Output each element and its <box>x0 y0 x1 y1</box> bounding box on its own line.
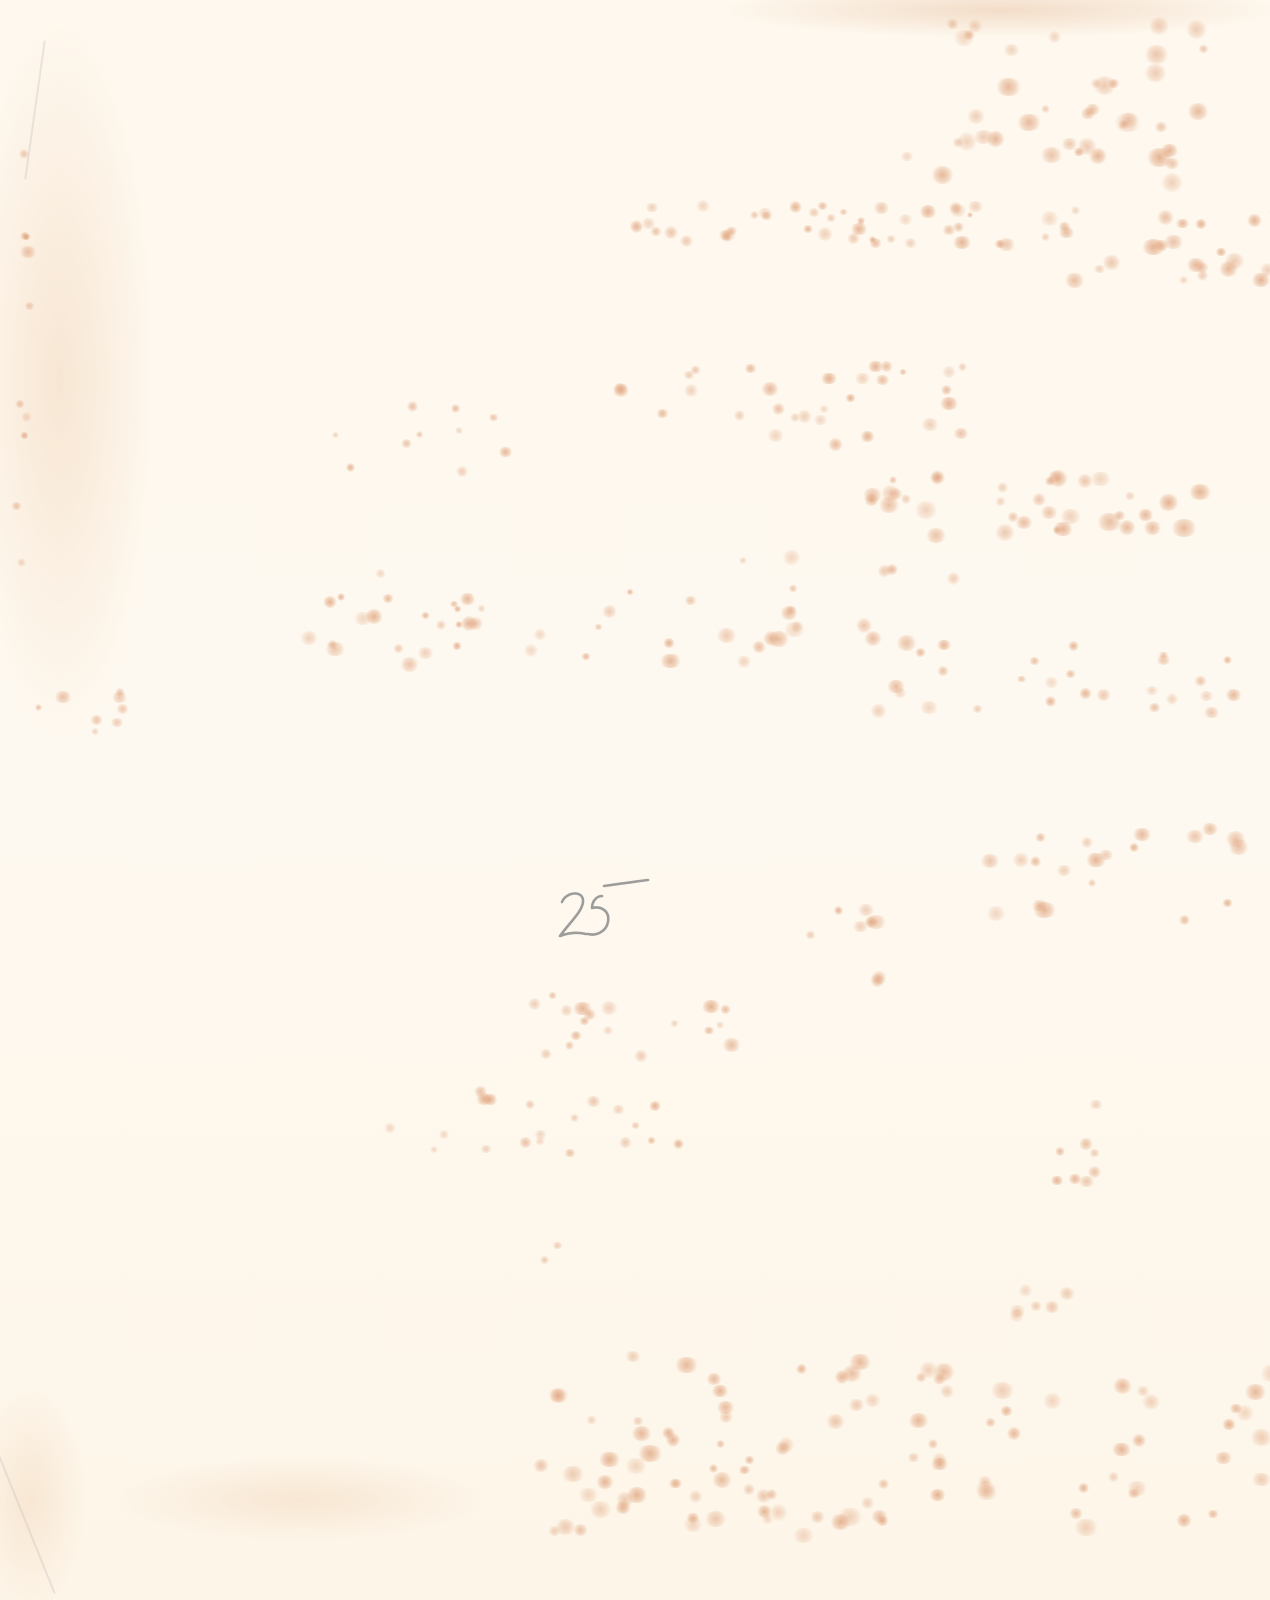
foxing-spot <box>946 19 958 29</box>
foxing-spot <box>947 572 960 585</box>
foxing-spot <box>625 1351 642 1362</box>
foxing-spot <box>1056 865 1072 876</box>
foxing-spot <box>586 1096 601 1107</box>
foxing-spot <box>1089 1149 1100 1158</box>
foxing-spot <box>634 1050 648 1063</box>
foxing-spot <box>839 209 848 215</box>
foxing-spot <box>1228 839 1248 855</box>
foxing-spot <box>921 418 938 431</box>
foxing-spot <box>674 1357 698 1373</box>
foxing-spot <box>1179 276 1188 284</box>
foxing-spot <box>1007 512 1018 522</box>
foxing-spot <box>813 415 827 425</box>
foxing-spot <box>1030 1301 1041 1311</box>
foxing-spot <box>718 230 733 240</box>
foxing-spot <box>842 1365 862 1381</box>
foxing-spot <box>686 1513 700 1523</box>
foxing-spot <box>24 302 35 310</box>
foxing-spot <box>709 1464 719 1473</box>
foxing-spot <box>1207 1510 1219 1518</box>
foxing-spot <box>482 1094 498 1105</box>
foxing-spot <box>552 1242 562 1249</box>
foxing-spot <box>888 488 903 500</box>
foxing-spot <box>480 1145 492 1153</box>
foxing-spot <box>704 1511 727 1527</box>
foxing-spot <box>384 1123 396 1134</box>
foxing-spot <box>1251 1473 1270 1486</box>
foxing-spot <box>111 692 128 703</box>
foxing-spot <box>1041 105 1050 113</box>
foxing-spot <box>323 596 337 608</box>
foxing-spot <box>873 202 889 214</box>
foxing-spot <box>1041 233 1049 241</box>
foxing-spot <box>1096 513 1123 530</box>
foxing-spot <box>904 238 917 248</box>
foxing-spot <box>967 109 985 124</box>
foxing-spot <box>1160 144 1179 157</box>
foxing-spot <box>1108 1472 1119 1482</box>
foxing-spot <box>560 1005 573 1017</box>
foxing-spot <box>1145 686 1159 695</box>
foxing-spot <box>1073 1519 1099 1537</box>
foxing-spot <box>1176 1514 1192 1527</box>
foxing-spot <box>826 214 836 222</box>
foxing-spot <box>716 1401 735 1414</box>
foxing-spot <box>1053 526 1061 534</box>
foxing-spot <box>549 1389 566 1403</box>
foxing-spot <box>767 429 784 441</box>
foxing-spot <box>972 705 983 713</box>
foxing-spot <box>1156 655 1172 665</box>
foxing-spot <box>1088 1166 1101 1178</box>
foxing-spot <box>929 1489 946 1502</box>
foxing-spot <box>797 410 812 424</box>
foxing-spot <box>1044 677 1058 688</box>
foxing-spot <box>817 202 828 210</box>
foxing-spot <box>647 1137 655 1144</box>
foxing-spot <box>498 447 513 457</box>
foxing-spot <box>565 1041 574 1049</box>
foxing-spot <box>615 1501 632 1514</box>
foxing-spot <box>997 238 1016 251</box>
foxing-spot <box>1164 158 1180 169</box>
foxing-spot <box>900 152 913 161</box>
handwritten-text: 25 <box>552 872 603 918</box>
foxing-spot <box>760 212 773 220</box>
foxing-spot <box>878 497 900 513</box>
foxing-spot <box>626 1487 648 1503</box>
foxing-spot <box>564 1149 576 1157</box>
foxing-spot <box>670 1020 678 1027</box>
foxing-spot <box>1015 516 1034 529</box>
foxing-spot <box>1079 688 1092 699</box>
foxing-spot <box>792 1528 815 1543</box>
foxing-spot <box>1077 474 1093 488</box>
foxing-spot <box>613 383 628 395</box>
foxing-spot <box>684 384 698 397</box>
foxing-spot <box>637 1445 663 1462</box>
foxing-spot <box>1244 1384 1267 1400</box>
foxing-spot <box>1068 1174 1082 1184</box>
foxing-spot <box>1113 511 1126 520</box>
foxing-spot <box>775 1442 791 1455</box>
foxing-spot <box>852 921 869 932</box>
foxing-spot <box>893 688 907 698</box>
foxing-spot <box>1222 1419 1237 1430</box>
foxing-spot <box>861 1497 874 1510</box>
foxing-spot <box>1194 676 1208 685</box>
foxing-spot <box>995 524 1015 540</box>
foxing-spot <box>1120 112 1137 128</box>
foxing-spot <box>1040 506 1058 519</box>
foxing-spot <box>864 1394 880 1407</box>
foxing-spot <box>1107 79 1120 88</box>
foxing-spot <box>968 19 982 33</box>
foxing-spot <box>1185 830 1205 843</box>
foxing-spot <box>324 642 346 656</box>
foxing-spot <box>870 704 887 718</box>
foxing-spot <box>1154 240 1169 251</box>
handwritten-page-number: 25 <box>552 872 662 942</box>
foxing-spot <box>19 246 37 258</box>
foxing-spot <box>1113 1378 1132 1394</box>
foxing-spot <box>1222 899 1233 907</box>
foxing-spot <box>540 1256 549 1264</box>
foxing-spot <box>1157 210 1174 225</box>
foxing-spot <box>451 404 460 412</box>
foxing-spot <box>756 1489 771 1503</box>
paper-crease <box>0 1426 56 1594</box>
foxing-spot <box>663 638 676 648</box>
foxing-spot <box>1009 1309 1025 1322</box>
foxing-spot <box>525 1100 534 1109</box>
foxing-spot <box>805 931 816 939</box>
foxing-spot <box>1089 148 1107 163</box>
foxing-spot <box>939 397 959 410</box>
foxing-spot <box>1043 1393 1061 1409</box>
foxing-spot <box>975 1485 997 1500</box>
foxing-spot <box>1065 670 1077 678</box>
foxing-spot <box>716 1021 724 1028</box>
foxing-spot <box>941 385 952 396</box>
foxing-spot <box>1061 138 1078 151</box>
foxing-spot <box>15 400 25 407</box>
foxing-spot <box>1223 656 1233 664</box>
foxing-spot <box>716 1440 725 1448</box>
foxing-spot <box>474 1086 486 1097</box>
foxing-spot <box>1214 1452 1233 1464</box>
foxing-spot <box>757 208 773 218</box>
foxing-spot <box>659 654 682 668</box>
foxing-spot <box>1260 263 1270 277</box>
foxing-stains <box>0 0 1270 1600</box>
foxing-spot <box>54 691 71 702</box>
foxing-spot <box>721 233 732 242</box>
foxing-spot <box>791 621 803 631</box>
foxing-spot <box>1084 104 1101 115</box>
foxing-spot <box>834 906 843 915</box>
foxing-spot <box>997 482 1008 493</box>
foxing-spot <box>1032 902 1057 918</box>
foxing-spot <box>596 1475 614 1488</box>
foxing-spot <box>850 223 868 235</box>
foxing-spot <box>949 204 967 216</box>
foxing-spot <box>703 1027 714 1034</box>
foxing-spot <box>548 992 557 999</box>
foxing-spot <box>1215 248 1227 256</box>
foxing-spot <box>1129 843 1139 851</box>
foxing-spot <box>1000 1406 1013 1416</box>
foxing-spot <box>110 718 124 727</box>
foxing-spot <box>848 1354 872 1370</box>
foxing-spot <box>365 609 383 624</box>
foxing-spot <box>789 201 801 213</box>
foxing-spot <box>819 405 829 413</box>
foxing-spot <box>1080 108 1096 120</box>
foxing-spot <box>1132 828 1152 841</box>
foxing-spot <box>641 218 656 229</box>
foxing-spot <box>738 1466 750 1474</box>
foxing-spot <box>1126 1481 1148 1496</box>
foxing-spot <box>995 497 1006 506</box>
paper-crease <box>24 41 45 180</box>
foxing-spot <box>1197 270 1208 281</box>
foxing-spot <box>877 565 892 577</box>
foxing-spot <box>953 30 976 46</box>
foxing-spot <box>1045 476 1055 486</box>
foxing-spot <box>803 225 813 234</box>
foxing-spot <box>452 642 461 650</box>
foxing-spot <box>600 1001 618 1015</box>
foxing-spot <box>632 1417 643 1426</box>
foxing-spot <box>908 1413 929 1428</box>
foxing-spot <box>722 1038 741 1052</box>
foxing-spot <box>889 476 897 484</box>
foxing-spot <box>1195 219 1207 229</box>
foxing-spot <box>901 494 911 503</box>
foxing-spot <box>1170 519 1198 537</box>
foxing-spot <box>459 593 475 605</box>
foxing-spot <box>1251 273 1270 288</box>
foxing-spot <box>570 1114 579 1122</box>
foxing-spot <box>1158 652 1169 659</box>
foxing-spot <box>353 612 373 625</box>
foxing-spot <box>1050 1176 1064 1186</box>
foxing-spot <box>942 225 955 235</box>
foxing-spot <box>581 653 591 660</box>
foxing-spot <box>1064 273 1085 287</box>
foxing-spot <box>534 1130 547 1139</box>
foxing-spot <box>548 1526 561 1535</box>
foxing-spot <box>1142 1394 1160 1410</box>
foxing-spot <box>978 1476 992 1488</box>
foxing-spot <box>1089 1100 1103 1109</box>
foxing-spot <box>540 1049 552 1059</box>
foxing-spot <box>656 409 669 418</box>
foxing-spot <box>572 1002 592 1015</box>
foxing-spot <box>1096 689 1111 702</box>
foxing-spot <box>524 644 537 657</box>
foxing-spot <box>1077 138 1096 156</box>
foxing-spot <box>401 439 413 448</box>
foxing-spot <box>711 1385 730 1398</box>
foxing-spot <box>1052 522 1075 537</box>
foxing-spot <box>898 214 913 224</box>
foxing-spot <box>589 1501 612 1518</box>
foxing-spot <box>967 201 984 212</box>
foxing-spot <box>772 403 786 414</box>
foxing-spot <box>456 466 468 477</box>
foxing-spot <box>1048 470 1068 487</box>
foxing-spot <box>712 1472 732 1488</box>
foxing-spot <box>1055 1147 1065 1156</box>
foxing-spot <box>785 606 798 614</box>
foxing-spot <box>1187 103 1209 120</box>
foxing-spot <box>880 361 892 373</box>
foxing-spot <box>876 1516 890 1527</box>
foxing-spot <box>1225 831 1247 847</box>
foxing-spot <box>570 1031 582 1040</box>
foxing-spot <box>696 200 710 212</box>
foxing-spot <box>1111 1443 1132 1457</box>
foxing-spot <box>1093 265 1106 273</box>
foxing-spot <box>1058 227 1075 238</box>
foxing-spot <box>980 854 1000 868</box>
foxing-spot <box>907 1453 919 1463</box>
foxing-spot <box>930 1458 949 1470</box>
foxing-spot <box>1137 509 1154 521</box>
foxing-spot <box>630 220 643 233</box>
foxing-spot <box>790 413 800 423</box>
foxing-spot <box>337 593 345 601</box>
foxing-spot <box>837 1508 863 1526</box>
foxing-spot <box>1044 1301 1060 1313</box>
foxing-spot <box>1009 1305 1026 1317</box>
foxing-spot <box>933 1363 955 1381</box>
foxing-spot <box>1085 853 1106 868</box>
foxing-spot <box>586 1416 597 1424</box>
foxing-spot <box>400 657 418 672</box>
foxing-spot <box>1088 879 1096 887</box>
foxing-spot <box>477 605 486 612</box>
foxing-spot <box>1127 1489 1142 1498</box>
foxing-spot <box>594 624 603 630</box>
foxing-spot <box>649 1101 661 1111</box>
foxing-spot <box>1048 31 1061 44</box>
foxing-spot <box>603 1026 613 1034</box>
foxing-spot <box>1132 1434 1146 1447</box>
foxing-spot <box>1250 1429 1270 1446</box>
foxing-spot <box>1078 1483 1089 1492</box>
foxing-spot <box>1259 1365 1270 1382</box>
foxing-spot <box>778 1437 794 1453</box>
foxing-spot <box>896 635 916 651</box>
foxing-spot <box>870 974 886 987</box>
foxing-spot <box>625 1458 647 1474</box>
foxing-spot <box>744 1456 755 1464</box>
foxing-spot <box>626 589 634 595</box>
foxing-spot <box>683 1517 703 1532</box>
foxing-spot <box>952 138 964 146</box>
foxing-spot <box>1059 1287 1075 1299</box>
foxing-spot <box>899 369 906 375</box>
foxing-spot <box>115 688 125 697</box>
foxing-spot <box>1229 1404 1243 1413</box>
foxing-spot <box>1186 258 1206 271</box>
foxing-spot <box>975 1481 998 1497</box>
foxing-spot <box>761 382 779 396</box>
foxing-spot <box>1016 676 1026 682</box>
foxing-spot <box>995 78 1022 95</box>
foxing-spot <box>555 1519 577 1535</box>
foxing-spot <box>1143 521 1162 535</box>
foxing-spot <box>915 1373 928 1382</box>
foxing-spot <box>932 1374 947 1385</box>
foxing-spot <box>116 704 129 714</box>
foxing-spot <box>1003 44 1020 56</box>
foxing-spot <box>21 412 32 422</box>
foxing-spot <box>1195 262 1209 273</box>
foxing-spot <box>953 222 964 231</box>
foxing-spot <box>598 1452 620 1467</box>
foxing-spot <box>940 1385 954 1398</box>
foxing-spot <box>919 701 939 714</box>
foxing-spot <box>645 203 660 212</box>
foxing-spot <box>1059 509 1082 524</box>
foxing-spot <box>915 648 926 657</box>
foxing-spot <box>716 628 737 643</box>
foxing-spot <box>616 1492 634 1508</box>
foxing-spot <box>1225 689 1242 701</box>
foxing-spot <box>881 485 900 502</box>
foxing-spot <box>886 235 896 243</box>
foxing-spot <box>417 647 434 659</box>
foxing-spot <box>720 1005 731 1014</box>
foxing-spot <box>684 596 696 605</box>
foxing-spot <box>1154 122 1169 132</box>
foxing-spot <box>721 229 736 241</box>
foxing-spot <box>963 30 975 40</box>
foxing-spot <box>744 364 757 374</box>
foxing-spot <box>17 558 26 566</box>
foxing-spot <box>1071 206 1080 214</box>
foxing-spot <box>766 1489 778 1500</box>
scanned-page: 25 <box>0 0 1270 1600</box>
foxing-spot <box>689 1490 702 1503</box>
foxing-spot <box>1040 211 1059 226</box>
foxing-spot <box>476 1093 491 1105</box>
foxing-spot <box>928 1439 939 1449</box>
foxing-spot <box>535 1137 545 1145</box>
foxing-spot <box>1166 693 1178 705</box>
foxing-spot <box>547 1388 570 1403</box>
foxing-spot <box>1098 850 1113 860</box>
foxing-spot <box>1035 833 1046 842</box>
foxing-spot <box>701 1000 721 1013</box>
foxing-spot <box>439 1130 449 1139</box>
foxing-spot <box>1136 1386 1149 1395</box>
foxing-spot <box>579 1017 590 1025</box>
foxing-spot <box>1146 148 1173 166</box>
foxing-spot <box>1124 492 1136 501</box>
foxing-spot <box>332 432 339 439</box>
foxing-spot <box>436 620 446 629</box>
foxing-spot <box>1089 472 1111 486</box>
foxing-spot <box>930 470 945 485</box>
foxing-spot <box>847 233 860 244</box>
foxing-spot <box>1199 691 1214 701</box>
foxing-spot <box>468 617 483 629</box>
